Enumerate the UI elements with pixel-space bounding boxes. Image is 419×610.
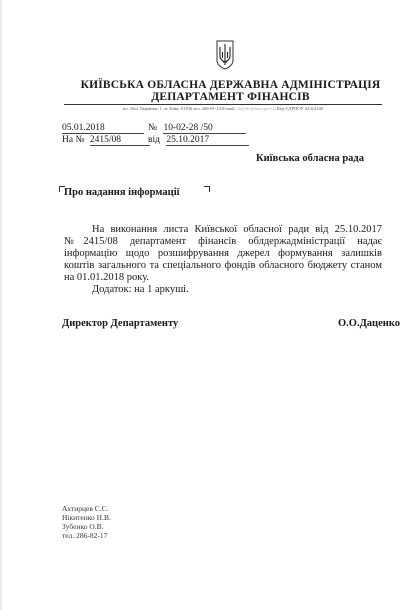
- letterhead-divider: [64, 104, 382, 105]
- reply-to-date-field: від 25.10.2017: [148, 135, 249, 146]
- letter-body: На виконання листа Київської обласної ра…: [64, 224, 382, 296]
- outgoing-date: 05.01.2018: [62, 123, 144, 134]
- document-page: КИЇВСЬКА ОБЛАСНА ДЕРЖАВНА АДМІНІСТРАЦІЯ …: [0, 0, 419, 610]
- contact-email: ch@fin@kiev.gov.ua: [237, 106, 276, 111]
- subject-bracket-right: [204, 186, 210, 192]
- reply-to-label: На №: [62, 135, 85, 145]
- outgoing-date-field: 05.01.2018: [62, 123, 144, 134]
- trident-emblem-icon: [215, 40, 235, 70]
- contact-line: пл. Лесі Українки, 1, м. Київ, 01196 тел…: [64, 106, 382, 111]
- reply-to-number-field: На № 2415/08: [62, 135, 150, 146]
- executors-block: Ахтирцев С.С. Нікитенко Н.В. Зубенко О.В…: [62, 504, 111, 540]
- organization-name: КИЇВСЬКА ОБЛАСНА ДЕРЖАВНА АДМІНІСТРАЦІЯ: [2, 79, 419, 91]
- from-label: від: [148, 135, 160, 145]
- outgoing-number-field: № 10-02-28 /50: [148, 123, 246, 134]
- number-label: №: [148, 123, 157, 133]
- contact-code: Код ЄДРПОУ 02314100: [277, 106, 323, 111]
- body-paragraph: На виконання листа Київської обласної ра…: [64, 224, 382, 284]
- addressee: Київська обласна рада: [256, 153, 364, 164]
- signatory-name: О.О.Даценко: [338, 318, 400, 329]
- outgoing-number: 10-02-28 /50: [163, 123, 246, 134]
- executor-phone: тел. 286-82-17: [62, 531, 111, 540]
- signatory-title: Директор Департаменту: [62, 318, 178, 329]
- reply-to-number: 2415/08: [90, 135, 150, 146]
- contact-address: пл. Лесі Українки, 1, м. Київ, 01196 тел…: [123, 106, 236, 111]
- executor-name: Ахтирцев С.С.: [62, 504, 111, 513]
- reply-to-date: 25.10.2017: [166, 135, 249, 146]
- attachment-note: Додаток: на 1 аркуші.: [64, 284, 382, 296]
- executor-name: Зубенко О.В.: [62, 522, 111, 531]
- department-name: ДЕПАРТАМЕНТ ФІНАНСІВ: [2, 91, 419, 103]
- executor-name: Нікитенко Н.В.: [62, 513, 111, 522]
- subject-line: Про надання інформації: [64, 187, 180, 198]
